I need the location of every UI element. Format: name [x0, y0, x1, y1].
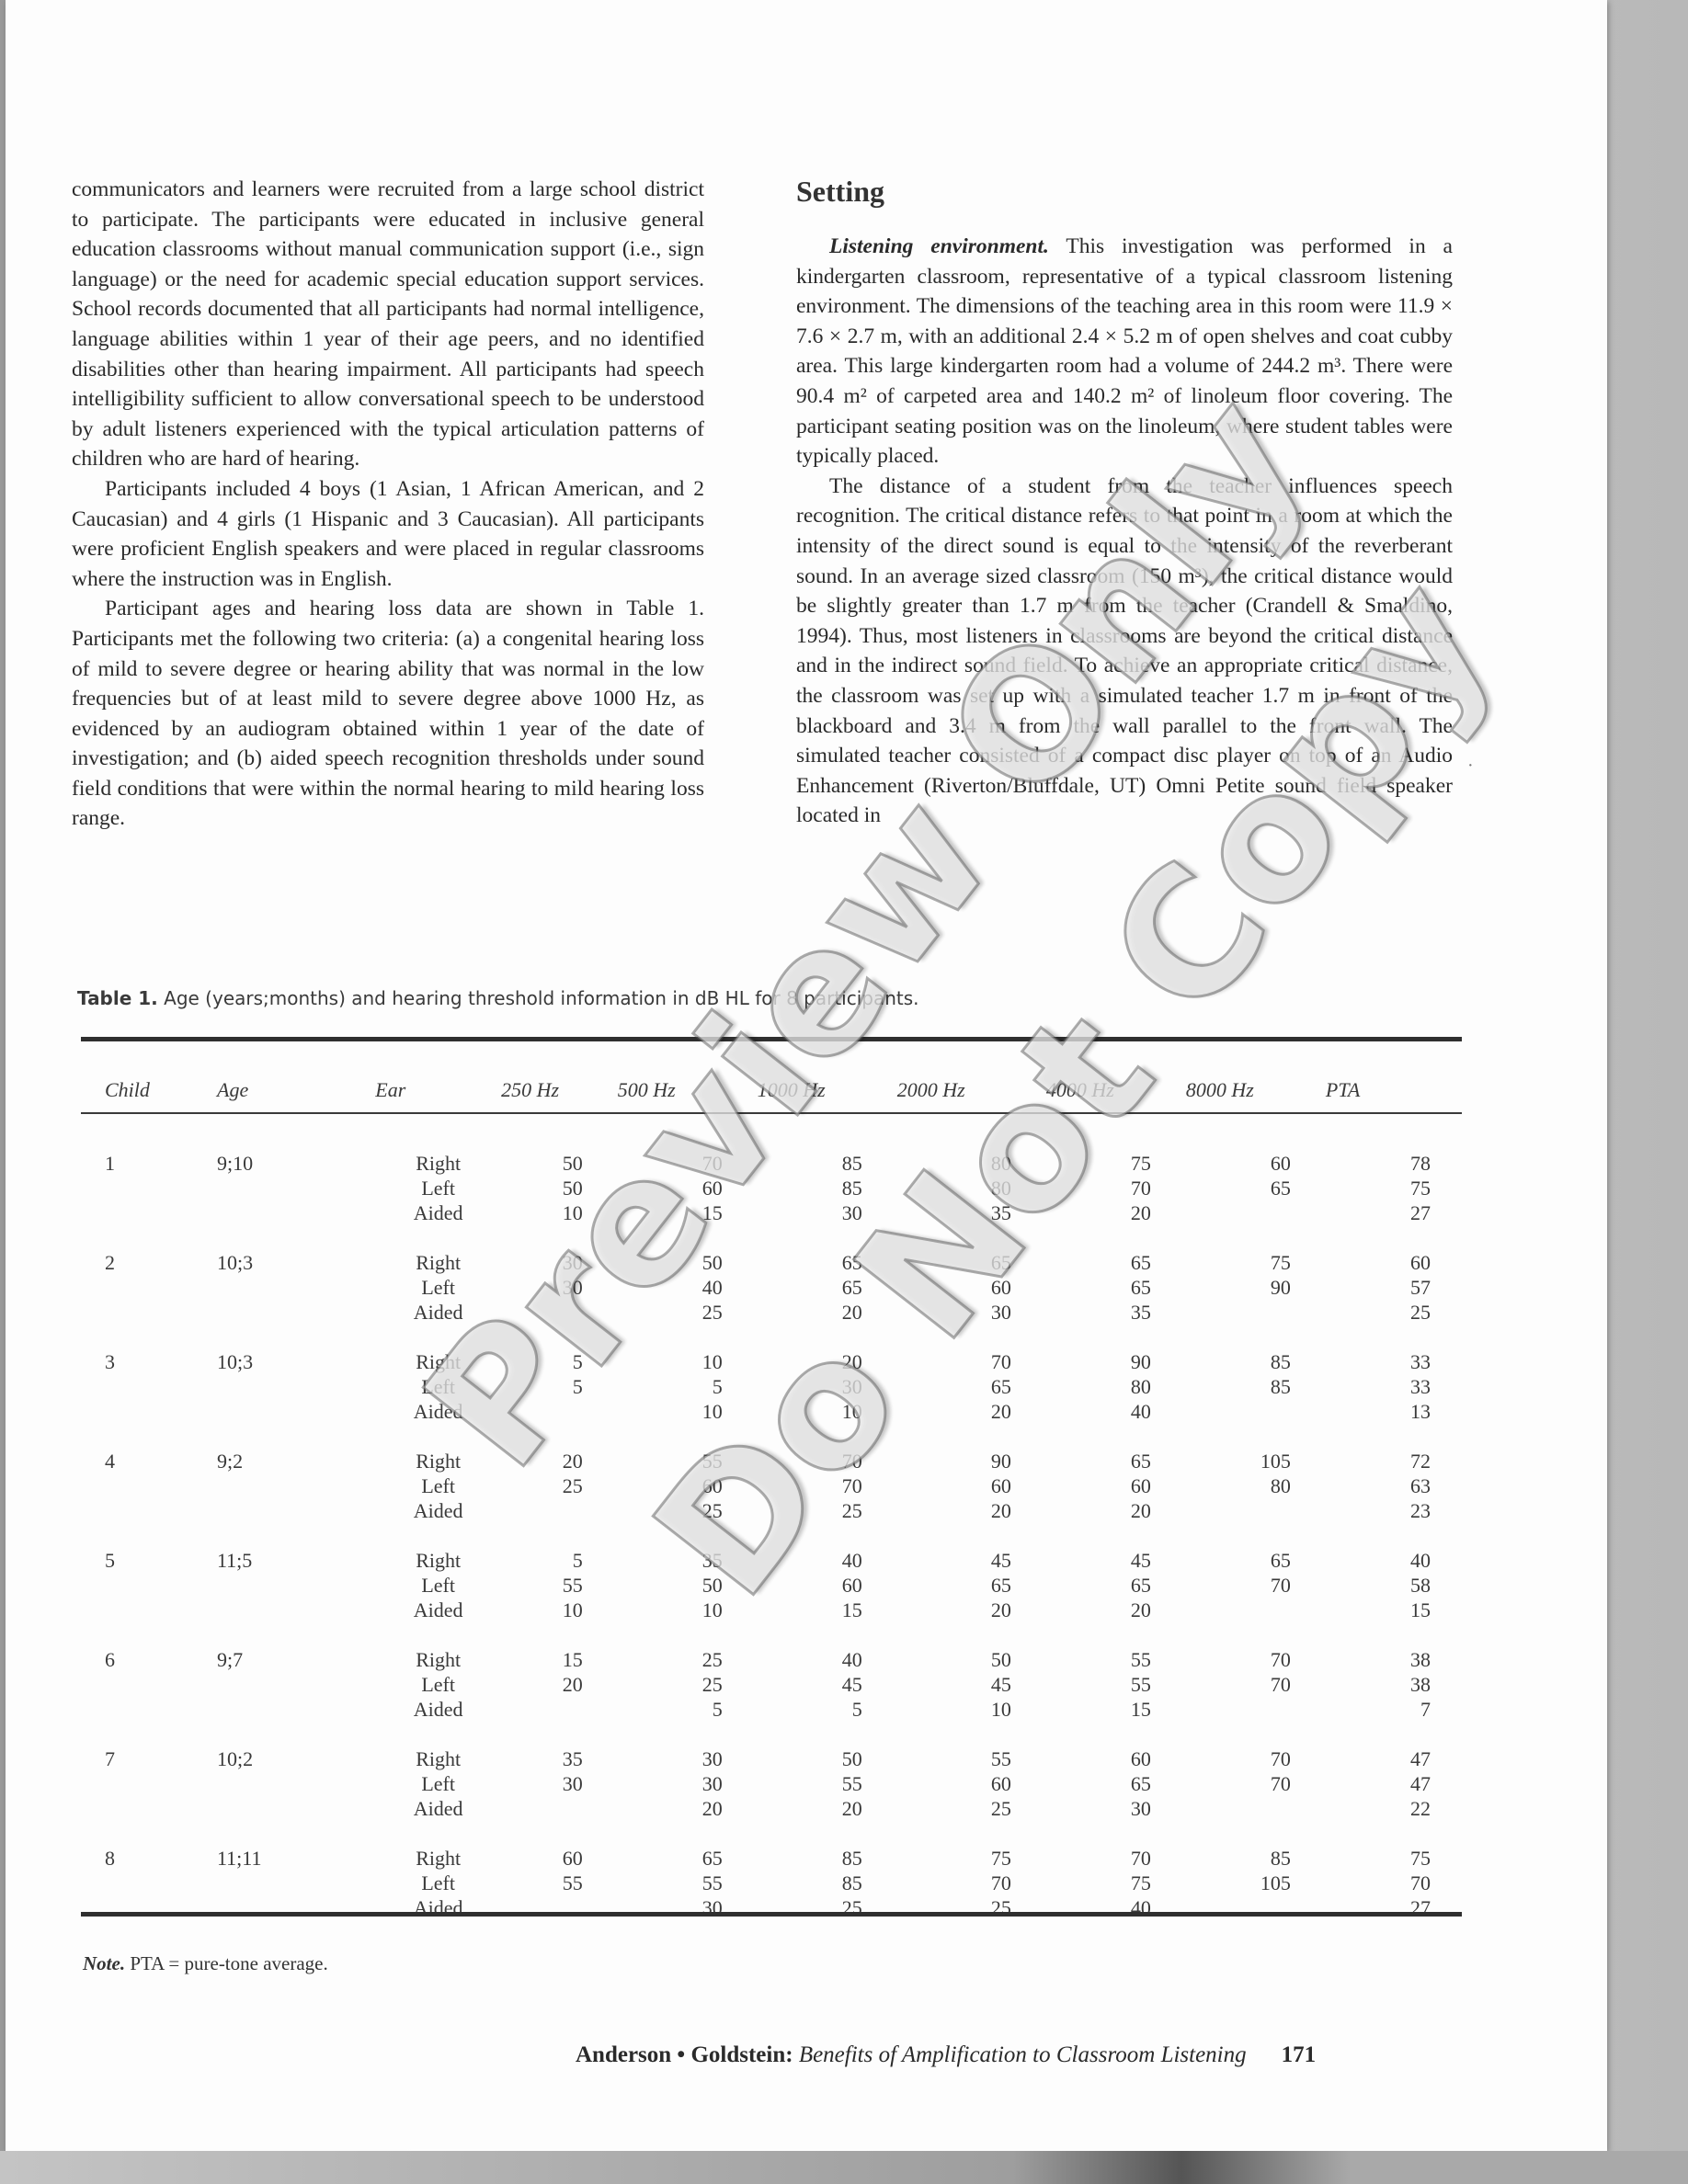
- threshold-cell: 60: [1046, 1746, 1186, 1771]
- table-row: 19;10Right50708580756078: [77, 1151, 1466, 1176]
- ear-cell: Aided: [375, 1598, 501, 1622]
- threshold-cell: 65: [1046, 1275, 1186, 1300]
- threshold-cell: 75: [1046, 1871, 1186, 1895]
- hearing-threshold-table: ChildAgeEar250 Hz500 Hz1000 Hz2000 Hz400…: [77, 1066, 1466, 1920]
- table-note: Note. PTA = pure-tone average.: [83, 1952, 328, 1975]
- child-cell: 2: [77, 1250, 217, 1275]
- child-cell: 1: [77, 1151, 217, 1176]
- table-row: Left20254545557038: [77, 1672, 1466, 1697]
- threshold-cell: 5: [501, 1374, 618, 1399]
- threshold-cell: [1186, 1697, 1326, 1722]
- age-cell: [217, 1473, 375, 1498]
- paragraph-listening-environment: Listening environment. This investigatio…: [796, 232, 1453, 472]
- threshold-cell: 65: [897, 1250, 1046, 1275]
- age-cell: [217, 1796, 375, 1821]
- age-cell: 11;5: [217, 1548, 375, 1573]
- table-caption-text: Age (years;months) and hearing threshold…: [158, 987, 919, 1009]
- threshold-cell: 55: [618, 1449, 758, 1473]
- paragraph-participants-recruitment: communicators and learners were recruite…: [72, 175, 704, 474]
- ear-cell: Left: [375, 1771, 501, 1796]
- threshold-cell: 20: [897, 1598, 1046, 1622]
- threshold-cell: 75: [1186, 1250, 1326, 1275]
- threshold-cell: 70: [758, 1473, 897, 1498]
- ear-cell: Left: [375, 1275, 501, 1300]
- table-bottom-rule: [81, 1912, 1462, 1917]
- ear-cell: Aided: [375, 1399, 501, 1424]
- threshold-cell: 22: [1326, 1796, 1466, 1821]
- table-header-row: ChildAgeEar250 Hz500 Hz1000 Hz2000 Hz400…: [77, 1066, 1466, 1114]
- table-row: 511;5Right5354045456540: [77, 1548, 1466, 1573]
- threshold-cell: 10: [758, 1399, 897, 1424]
- table-row: 69;7Right15254050557038: [77, 1647, 1466, 1672]
- child-cell: [77, 1275, 217, 1300]
- threshold-cell: 33: [1326, 1374, 1466, 1399]
- threshold-cell: 85: [758, 1151, 897, 1176]
- threshold-cell: 58: [1326, 1573, 1466, 1598]
- threshold-cell: 30: [1046, 1796, 1186, 1821]
- threshold-cell: 45: [758, 1672, 897, 1697]
- threshold-cell: 65: [758, 1250, 897, 1275]
- threshold-cell: 30: [501, 1250, 618, 1275]
- threshold-cell: 70: [1186, 1746, 1326, 1771]
- ear-cell: Right: [375, 1151, 501, 1176]
- threshold-cell: 65: [897, 1374, 1046, 1399]
- running-footer: Anderson • Goldstein: Benefits of Amplif…: [576, 2042, 1316, 2068]
- threshold-cell: 60: [897, 1275, 1046, 1300]
- threshold-cell: 20: [758, 1796, 897, 1821]
- threshold-cell: 13: [1326, 1399, 1466, 1424]
- column-header: 1000 Hz: [758, 1066, 897, 1114]
- threshold-cell: 60: [897, 1771, 1046, 1796]
- column-header: Ear: [375, 1066, 501, 1114]
- column-header: 500 Hz: [618, 1066, 758, 1114]
- threshold-cell: 35: [897, 1200, 1046, 1225]
- age-cell: 10;3: [217, 1349, 375, 1374]
- threshold-cell: 105: [1186, 1871, 1326, 1895]
- ear-cell: Aided: [375, 1200, 501, 1225]
- age-cell: 9;10: [217, 1151, 375, 1176]
- right-text-column: Setting Listening environment. This inve…: [796, 175, 1453, 831]
- threshold-cell: 70: [1046, 1846, 1186, 1871]
- threshold-cell: 5: [501, 1349, 618, 1374]
- threshold-cell: 55: [1046, 1672, 1186, 1697]
- ear-cell: Left: [375, 1374, 501, 1399]
- threshold-cell: 20: [618, 1796, 758, 1821]
- threshold-cell: 70: [618, 1151, 758, 1176]
- threshold-cell: 15: [618, 1200, 758, 1225]
- threshold-cell: 45: [897, 1548, 1046, 1573]
- table-row: 210;3Right30506565657560: [77, 1250, 1466, 1275]
- threshold-cell: 45: [897, 1672, 1046, 1697]
- threshold-cell: 65: [1186, 1548, 1326, 1573]
- footer-authors: Anderson • Goldstein:: [576, 2042, 793, 2067]
- threshold-cell: 55: [501, 1573, 618, 1598]
- child-cell: [77, 1672, 217, 1697]
- threshold-cell: 65: [897, 1573, 1046, 1598]
- age-cell: 10;3: [217, 1250, 375, 1275]
- threshold-cell: 30: [618, 1771, 758, 1796]
- threshold-cell: 57: [1326, 1275, 1466, 1300]
- child-cell: [77, 1176, 217, 1200]
- threshold-cell: 55: [501, 1871, 618, 1895]
- table-row: Aided2520303525: [77, 1300, 1466, 1325]
- scan-artifact: ·: [1467, 756, 1474, 777]
- threshold-cell: 78: [1326, 1151, 1466, 1176]
- threshold-cell: 55: [1046, 1647, 1186, 1672]
- threshold-cell: 70: [1046, 1176, 1186, 1200]
- threshold-cell: 25: [618, 1647, 758, 1672]
- column-header: 250 Hz: [501, 1066, 618, 1114]
- ear-cell: Right: [375, 1449, 501, 1473]
- child-cell: 3: [77, 1349, 217, 1374]
- threshold-cell: 10: [618, 1349, 758, 1374]
- threshold-cell: 20: [897, 1399, 1046, 1424]
- child-cell: [77, 1598, 217, 1622]
- table-row: Left55506065657058: [77, 1573, 1466, 1598]
- threshold-cell: 25: [618, 1498, 758, 1523]
- ear-cell: Aided: [375, 1697, 501, 1722]
- threshold-cell: [501, 1300, 618, 1325]
- left-text-column: communicators and learners were recruite…: [72, 175, 704, 834]
- threshold-cell: 15: [501, 1647, 618, 1672]
- threshold-cell: 20: [1046, 1598, 1186, 1622]
- column-header: 4000 Hz: [1046, 1066, 1186, 1114]
- age-cell: 11;11: [217, 1846, 375, 1871]
- threshold-cell: 70: [897, 1871, 1046, 1895]
- threshold-cell: 85: [1186, 1846, 1326, 1871]
- ear-cell: Aided: [375, 1796, 501, 1821]
- age-cell: 9;7: [217, 1647, 375, 1672]
- threshold-cell: [1186, 1598, 1326, 1622]
- child-cell: 4: [77, 1449, 217, 1473]
- threshold-cell: 40: [1046, 1399, 1186, 1424]
- threshold-cell: 27: [1326, 1200, 1466, 1225]
- table-row: Aided101015202015: [77, 1598, 1466, 1622]
- table-row: Left30305560657047: [77, 1771, 1466, 1796]
- threshold-cell: 55: [758, 1771, 897, 1796]
- child-cell: [77, 1300, 217, 1325]
- threshold-cell: 30: [897, 1300, 1046, 1325]
- child-cell: 5: [77, 1548, 217, 1573]
- note-label: Note.: [83, 1952, 125, 1974]
- threshold-cell: [501, 1498, 618, 1523]
- threshold-cell: 30: [501, 1771, 618, 1796]
- table-row: Aided2525202023: [77, 1498, 1466, 1523]
- threshold-cell: 72: [1326, 1449, 1466, 1473]
- threshold-cell: [1186, 1300, 1326, 1325]
- child-cell: [77, 1473, 217, 1498]
- threshold-cell: 30: [758, 1200, 897, 1225]
- threshold-cell: 85: [1186, 1349, 1326, 1374]
- threshold-cell: 90: [897, 1449, 1046, 1473]
- threshold-cell: 20: [1046, 1498, 1186, 1523]
- table-row: 811;11Right60658575708575: [77, 1846, 1466, 1871]
- table-row: Aided1010204013: [77, 1399, 1466, 1424]
- age-cell: [217, 1672, 375, 1697]
- threshold-cell: 45: [1046, 1548, 1186, 1573]
- ear-cell: Right: [375, 1746, 501, 1771]
- threshold-cell: 20: [501, 1672, 618, 1697]
- threshold-cell: [1186, 1796, 1326, 1821]
- table-row: 310;3Right5102070908533: [77, 1349, 1466, 1374]
- age-cell: [217, 1697, 375, 1722]
- table-label: Table 1.: [77, 987, 158, 1009]
- threshold-cell: [1186, 1399, 1326, 1424]
- ear-cell: Aided: [375, 1498, 501, 1523]
- threshold-cell: 90: [1046, 1349, 1186, 1374]
- threshold-cell: 40: [758, 1548, 897, 1573]
- age-cell: [217, 1573, 375, 1598]
- child-cell: [77, 1796, 217, 1821]
- threshold-cell: 40: [758, 1647, 897, 1672]
- threshold-cell: 65: [758, 1275, 897, 1300]
- threshold-cell: [501, 1697, 618, 1722]
- child-cell: [77, 1871, 217, 1895]
- threshold-cell: 7: [1326, 1697, 1466, 1722]
- table-row: Aided2020253022: [77, 1796, 1466, 1821]
- threshold-cell: 85: [1186, 1374, 1326, 1399]
- table-row: Left50608580706575: [77, 1176, 1466, 1200]
- threshold-cell: 50: [618, 1250, 758, 1275]
- threshold-cell: 20: [501, 1449, 618, 1473]
- threshold-cell: 85: [758, 1176, 897, 1200]
- threshold-cell: 23: [1326, 1498, 1466, 1523]
- threshold-cell: 60: [618, 1176, 758, 1200]
- threshold-cell: 25: [501, 1473, 618, 1498]
- threshold-cell: 10: [501, 1598, 618, 1622]
- threshold-cell: 10: [618, 1598, 758, 1622]
- threshold-cell: 50: [501, 1176, 618, 1200]
- ear-cell: Left: [375, 1672, 501, 1697]
- ear-cell: Left: [375, 1573, 501, 1598]
- threshold-cell: 30: [618, 1746, 758, 1771]
- ear-cell: Left: [375, 1871, 501, 1895]
- threshold-cell: 47: [1326, 1771, 1466, 1796]
- note-text: PTA = pure-tone average.: [125, 1952, 328, 1974]
- paragraph-critical-distance: The distance of a student from the teach…: [796, 472, 1453, 831]
- table-row: Left553065808533: [77, 1374, 1466, 1399]
- column-header: Child: [77, 1066, 217, 1114]
- threshold-cell: 25: [897, 1796, 1046, 1821]
- threshold-cell: 20: [897, 1498, 1046, 1523]
- threshold-cell: 65: [1046, 1250, 1186, 1275]
- age-cell: [217, 1598, 375, 1622]
- child-cell: [77, 1573, 217, 1598]
- age-cell: [217, 1498, 375, 1523]
- table-row: Aided5510157: [77, 1697, 1466, 1722]
- threshold-cell: 70: [1326, 1871, 1466, 1895]
- threshold-cell: 47: [1326, 1746, 1466, 1771]
- threshold-cell: 5: [501, 1548, 618, 1573]
- footer-article-title: Benefits of Amplification to Classroom L…: [793, 2042, 1247, 2067]
- threshold-cell: 90: [1186, 1275, 1326, 1300]
- threshold-cell: 60: [501, 1846, 618, 1871]
- threshold-cell: 25: [618, 1300, 758, 1325]
- paragraph-participants-demographics: Participants included 4 boys (1 Asian, 1…: [72, 474, 704, 594]
- age-cell: [217, 1200, 375, 1225]
- threshold-cell: 40: [618, 1275, 758, 1300]
- ear-cell: Right: [375, 1846, 501, 1871]
- threshold-cell: 70: [758, 1449, 897, 1473]
- threshold-cell: 70: [1186, 1672, 1326, 1697]
- threshold-cell: 20: [1046, 1200, 1186, 1225]
- threshold-cell: 70: [1186, 1573, 1326, 1598]
- threshold-cell: 10: [897, 1697, 1046, 1722]
- age-cell: [217, 1176, 375, 1200]
- ear-cell: Aided: [375, 1300, 501, 1325]
- threshold-cell: 25: [758, 1498, 897, 1523]
- threshold-cell: 33: [1326, 1349, 1466, 1374]
- table-row: 49;2Right205570906510572: [77, 1449, 1466, 1473]
- child-cell: [77, 1200, 217, 1225]
- threshold-cell: [501, 1796, 618, 1821]
- threshold-cell: 85: [758, 1871, 897, 1895]
- table-row: 710;2Right35305055607047: [77, 1746, 1466, 1771]
- threshold-cell: 5: [758, 1697, 897, 1722]
- threshold-cell: 5: [618, 1374, 758, 1399]
- ear-cell: Right: [375, 1349, 501, 1374]
- threshold-cell: [1186, 1498, 1326, 1523]
- age-cell: [217, 1300, 375, 1325]
- column-header: PTA: [1326, 1066, 1466, 1114]
- section-heading-setting: Setting: [796, 175, 1453, 208]
- threshold-cell: 63: [1326, 1473, 1466, 1498]
- threshold-cell: 10: [618, 1399, 758, 1424]
- ear-cell: Right: [375, 1250, 501, 1275]
- threshold-cell: 80: [1046, 1374, 1186, 1399]
- threshold-cell: 80: [897, 1176, 1046, 1200]
- threshold-cell: 50: [758, 1746, 897, 1771]
- paragraph-participants-criteria: Participant ages and hearing loss data a…: [72, 594, 704, 834]
- threshold-cell: 55: [897, 1746, 1046, 1771]
- ear-cell: Left: [375, 1176, 501, 1200]
- threshold-cell: 35: [618, 1548, 758, 1573]
- threshold-cell: 70: [1186, 1771, 1326, 1796]
- table-row: Left30406560659057: [77, 1275, 1466, 1300]
- table-row: Aided101530352027: [77, 1200, 1466, 1225]
- threshold-cell: 5: [618, 1697, 758, 1722]
- child-cell: [77, 1399, 217, 1424]
- threshold-cell: 60: [618, 1473, 758, 1498]
- run-in-heading: Listening environment.: [829, 234, 1049, 258]
- table-row: Left25607060608063: [77, 1473, 1466, 1498]
- threshold-cell: 50: [897, 1647, 1046, 1672]
- threshold-cell: 85: [758, 1846, 897, 1871]
- threshold-cell: 50: [501, 1151, 618, 1176]
- child-cell: 8: [77, 1846, 217, 1871]
- threshold-cell: 105: [1186, 1449, 1326, 1473]
- threshold-cell: 65: [1046, 1573, 1186, 1598]
- threshold-cell: 40: [1326, 1548, 1466, 1573]
- age-cell: [217, 1399, 375, 1424]
- threshold-cell: 25: [618, 1672, 758, 1697]
- threshold-cell: 60: [1326, 1250, 1466, 1275]
- threshold-cell: 60: [897, 1473, 1046, 1498]
- threshold-cell: 20: [758, 1300, 897, 1325]
- threshold-cell: 15: [758, 1598, 897, 1622]
- scanner-background: [0, 2151, 1688, 2184]
- threshold-cell: 55: [618, 1871, 758, 1895]
- ear-cell: Left: [375, 1473, 501, 1498]
- threshold-cell: 35: [1046, 1300, 1186, 1325]
- threshold-cell: 75: [1326, 1846, 1466, 1871]
- column-header: 2000 Hz: [897, 1066, 1046, 1114]
- threshold-cell: 35: [501, 1746, 618, 1771]
- age-cell: 10;2: [217, 1746, 375, 1771]
- ear-cell: Right: [375, 1548, 501, 1573]
- threshold-cell: 65: [618, 1846, 758, 1871]
- threshold-cell: 30: [501, 1275, 618, 1300]
- threshold-cell: 38: [1326, 1672, 1466, 1697]
- threshold-cell: 60: [758, 1573, 897, 1598]
- threshold-cell: 50: [618, 1573, 758, 1598]
- table-row: Left555585707510570: [77, 1871, 1466, 1895]
- table-caption: Table 1. Age (years;months) and hearing …: [77, 987, 919, 1009]
- threshold-cell: [1186, 1200, 1326, 1225]
- threshold-cell: 15: [1046, 1697, 1186, 1722]
- threshold-cell: 20: [758, 1349, 897, 1374]
- page-number: 171: [1282, 2042, 1317, 2067]
- threshold-cell: 70: [1186, 1647, 1326, 1672]
- threshold-cell: 65: [1046, 1449, 1186, 1473]
- threshold-cell: 60: [1046, 1473, 1186, 1498]
- age-cell: 9;2: [217, 1449, 375, 1473]
- threshold-cell: 30: [758, 1374, 897, 1399]
- child-cell: [77, 1374, 217, 1399]
- threshold-cell: 38: [1326, 1647, 1466, 1672]
- threshold-cell: 75: [1326, 1176, 1466, 1200]
- threshold-cell: 80: [897, 1151, 1046, 1176]
- age-cell: [217, 1871, 375, 1895]
- threshold-cell: 75: [897, 1846, 1046, 1871]
- column-header: 8000 Hz: [1186, 1066, 1326, 1114]
- threshold-cell: 25: [1326, 1300, 1466, 1325]
- child-cell: [77, 1697, 217, 1722]
- threshold-cell: 10: [501, 1200, 618, 1225]
- threshold-cell: [501, 1399, 618, 1424]
- age-cell: [217, 1771, 375, 1796]
- age-cell: [217, 1374, 375, 1399]
- threshold-cell: 75: [1046, 1151, 1186, 1176]
- child-cell: 7: [77, 1746, 217, 1771]
- paragraph-text: This investigation was performed in a ki…: [796, 234, 1453, 468]
- table-top-rule: [81, 1037, 1462, 1041]
- threshold-cell: 65: [1046, 1771, 1186, 1796]
- child-cell: [77, 1771, 217, 1796]
- threshold-cell: 60: [1186, 1151, 1326, 1176]
- threshold-cell: 70: [897, 1349, 1046, 1374]
- child-cell: [77, 1498, 217, 1523]
- column-header: Age: [217, 1066, 375, 1114]
- threshold-cell: 65: [1186, 1176, 1326, 1200]
- child-cell: 6: [77, 1647, 217, 1672]
- age-cell: [217, 1275, 375, 1300]
- threshold-cell: 80: [1186, 1473, 1326, 1498]
- threshold-cell: 15: [1326, 1598, 1466, 1622]
- ear-cell: Right: [375, 1647, 501, 1672]
